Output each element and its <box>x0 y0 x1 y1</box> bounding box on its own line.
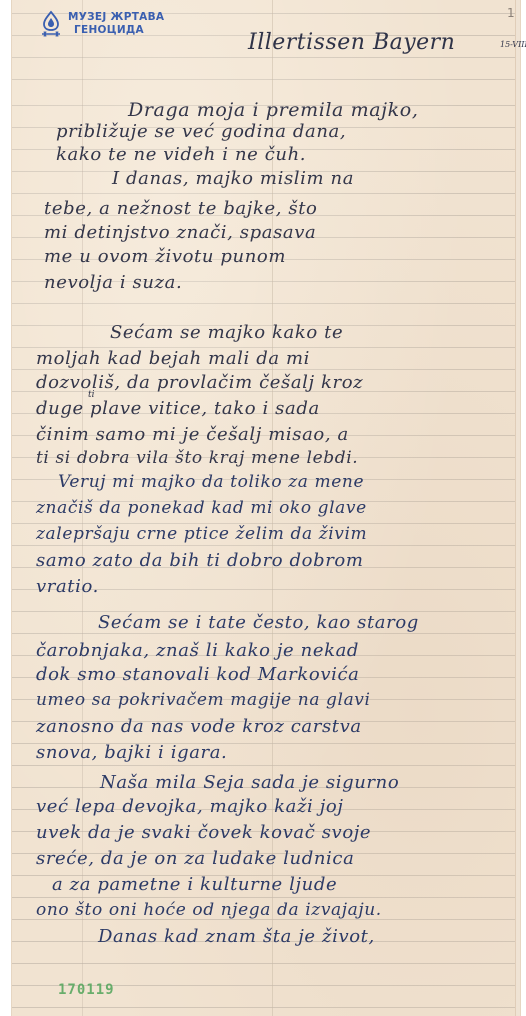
letter-line: vratio. <box>36 576 99 597</box>
letter-line: već lepa devojka, majko kaži joj <box>36 796 344 817</box>
letter-line: Veruj mi majko da toliko za mene <box>58 472 364 492</box>
letter-line: čarobnjaka, znaš li kako je nekad <box>36 640 359 661</box>
letter-line: ti si dobra vila što kraj mene lebdi. <box>36 448 358 468</box>
letter-date: 15-VIII <box>500 40 526 49</box>
letter-line: tebe, a nežnost te bajke, što <box>44 198 317 219</box>
letter-line: nevolja i suza. <box>44 272 182 293</box>
letter-line: Sećam se majko kako te <box>110 322 343 343</box>
letter-line: a za pametne i kulturne ljude <box>52 874 337 895</box>
paper-edge <box>515 0 520 1016</box>
letter-line: Naša mila Seja sada je sigurno <box>100 772 399 793</box>
page-number: 1 <box>507 6 515 20</box>
letter-line: uvek da je svaki čovek kovač svoje <box>36 822 371 843</box>
letter-line: kako te ne videh i ne čuh. <box>56 144 306 165</box>
letter-line: me u ovom životu punom <box>44 246 286 267</box>
museum-stamp-text: МУЗЕЈ ЖРТАВА ГЕНОЦИДА <box>68 11 164 37</box>
archive-number-stamp: 170119 <box>58 982 115 998</box>
letter-line: moljah kad bejah mali da mi <box>36 348 310 369</box>
letter-line: samo zato da bih ti dobro dobrom <box>36 550 364 571</box>
letter-line: I danas, majko mislim na <box>112 168 354 189</box>
interlinear-note: ti <box>88 390 95 400</box>
museum-stamp: МУЗЕЈ ЖРТАВА ГЕНОЦИДА <box>40 10 164 38</box>
letter-line: snova, bajki i igara. <box>36 742 227 763</box>
letter-line: ono što oni hoće od njega da izvajaju. <box>36 900 382 920</box>
letter-line: značiš da ponekad kad mi oko glave <box>36 498 367 518</box>
letter-line: dok smo stanovali kod Markovića <box>36 664 359 685</box>
letter-line: sreće, da je on za ludake ludnica <box>36 848 354 869</box>
letter-line: Danas kad znam šta je život, <box>98 926 375 947</box>
museum-name-line1: МУЗЕЈ ЖРТАВА <box>68 11 164 24</box>
letter-line: zanosno da nas vode kroz carstva <box>36 716 362 737</box>
letter-line: duge plave vitice, tako i sada <box>36 398 320 419</box>
letter-line: približuje se već godina dana, <box>56 121 346 142</box>
letter-line: dozvoliš, da provlačim češalj kroz <box>36 372 363 393</box>
letter-place: Illertissen Bayern <box>248 30 455 55</box>
museum-logo-icon <box>40 10 62 38</box>
letter-line: zalepršaju crne ptice želim da živim <box>36 524 367 544</box>
museum-name-line2: ГЕНОЦИДА <box>68 24 164 37</box>
letter-line: umeo sa pokrivačem magije na glavi <box>36 690 371 710</box>
letter-line: Draga moja i premila majko, <box>128 99 418 121</box>
letter-line: Sećam se i tate često, kao starog <box>98 612 419 633</box>
letter-line: činim samo mi je češalj misao, a <box>36 424 349 445</box>
letter-line: mi detinjstvo znači, spasava <box>44 222 316 243</box>
